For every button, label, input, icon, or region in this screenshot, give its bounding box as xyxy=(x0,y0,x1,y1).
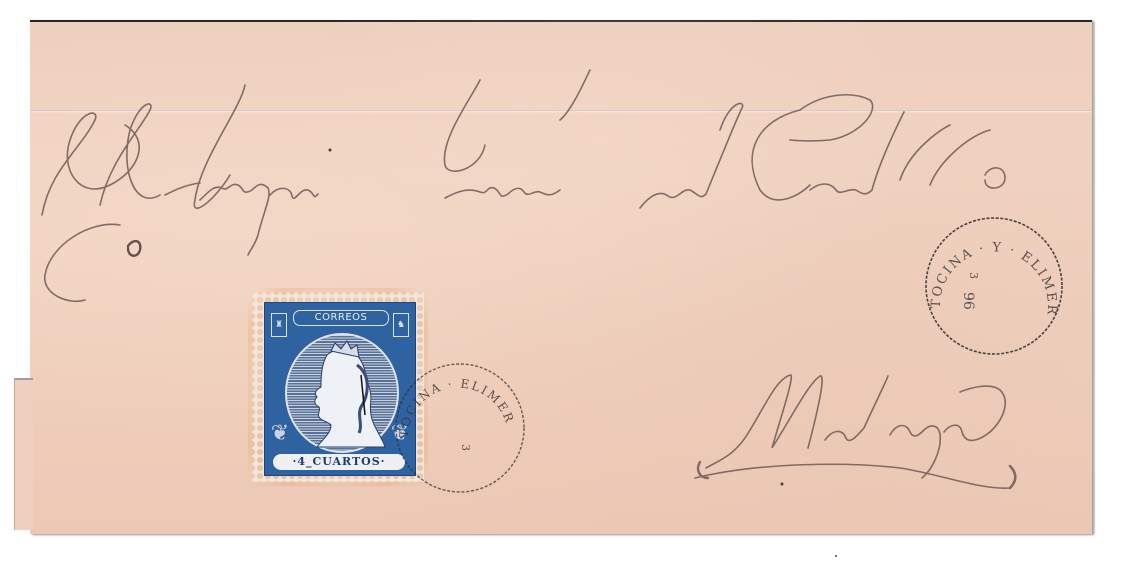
ink-layer: TOCINA · Y · ELIMER 3 96 TOCINA · ELIMER… xyxy=(0,0,1128,564)
ink-specks xyxy=(329,149,838,558)
postmark-arc-text: TOCINA · Y · ELIMER xyxy=(929,240,1059,317)
svg-text:3: 3 xyxy=(967,272,980,279)
svg-text:TOCINA · ELIMER: TOCINA · ELIMER xyxy=(397,376,517,438)
postmark-arc-text: TOCINA · ELIMER xyxy=(397,376,517,438)
svg-text:TOCINA · Y · ELIMER: TOCINA · Y · ELIMER xyxy=(929,240,1059,317)
svg-text:3: 3 xyxy=(459,444,472,451)
svg-text:96: 96 xyxy=(960,292,976,310)
postmark-right: TOCINA · Y · ELIMER 3 96 xyxy=(926,218,1062,354)
postmark-stamp-tie: TOCINA · ELIMER 3 xyxy=(396,364,524,492)
handwritten-address xyxy=(42,70,1015,488)
